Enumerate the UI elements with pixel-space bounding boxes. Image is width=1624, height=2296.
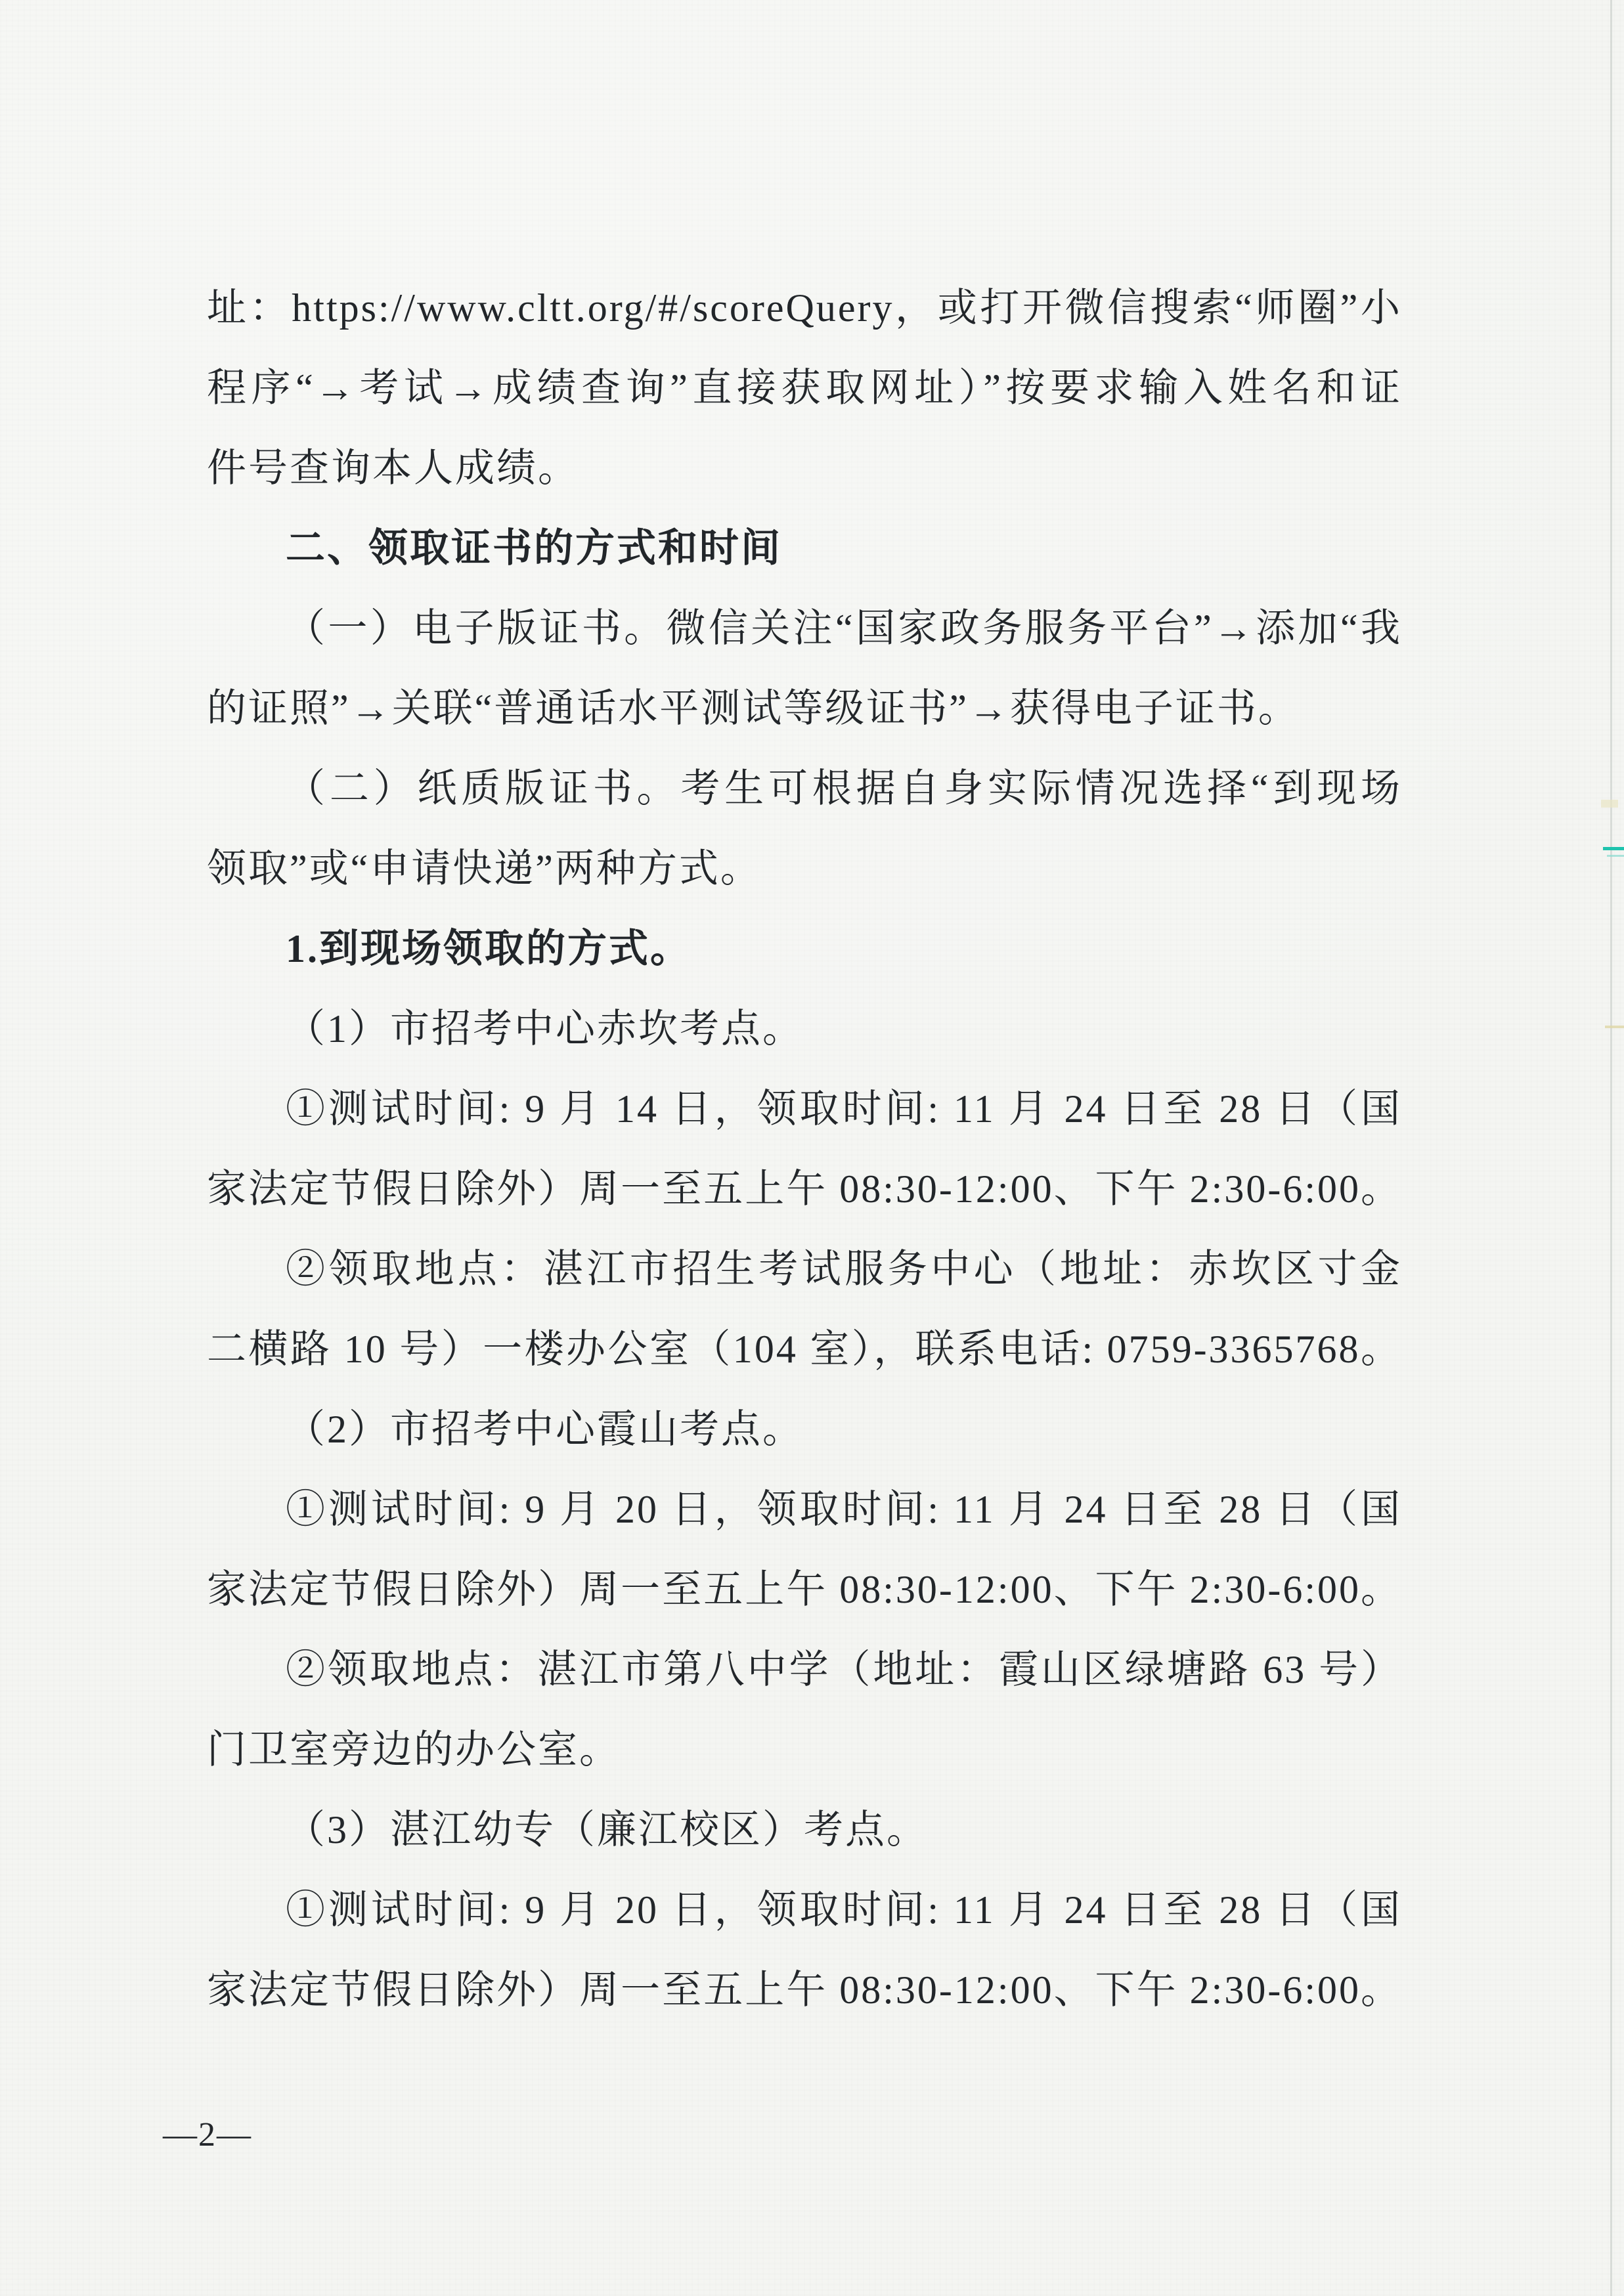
text-line: 家法定节假日除外）周一至五上午 08:30-12:00、下午 2:30-6:00… bbox=[207, 1950, 1402, 2030]
document-body: 址：https://www.cltt.org/#/scoreQuery，或打开微… bbox=[207, 268, 1402, 2041]
text-line: （2）市招考中心霞山考点。 bbox=[207, 1389, 1402, 1469]
text-line: 二横路 10 号）一楼办公室（104 室），联系电话: 0759-3365768… bbox=[207, 1309, 1402, 1389]
text-line: 家法定节假日除外）周一至五上午 08:30-12:00、下午 2:30-6:00… bbox=[207, 1149, 1402, 1229]
text-line: 家法定节假日除外）周一至五上午 08:30-12:00、下午 2:30-6:00… bbox=[207, 1549, 1402, 1630]
text-line: （二）纸质版证书。考生可根据自身实际情况选择“到现场 bbox=[207, 748, 1402, 829]
scan-tick-artifact bbox=[1601, 800, 1618, 808]
text-line: 件号查询本人成绩。 bbox=[207, 428, 1402, 508]
scanned-document-page: 址：https://www.cltt.org/#/scoreQuery，或打开微… bbox=[0, 0, 1624, 2296]
text-line: 门卫室旁边的办公室。 bbox=[207, 1710, 1402, 1790]
text-line: ②领取地点：湛江市第八中学（地址：霞山区绿塘路 63 号） bbox=[207, 1630, 1402, 1710]
text-line: （1）市招考中心赤坎考点。 bbox=[207, 989, 1402, 1069]
text-line: 二、领取证书的方式和时间 bbox=[207, 508, 1402, 588]
scan-tick-artifact bbox=[1607, 855, 1624, 857]
scan-tick-artifact bbox=[1605, 1026, 1624, 1028]
text-line: 址：https://www.cltt.org/#/scoreQuery，或打开微… bbox=[207, 268, 1402, 348]
text-line: ①测试时间: 9 月 20 日，领取时间: 11 月 24 日至 28 日（国 bbox=[207, 1469, 1402, 1549]
scan-edge-line-artifact bbox=[1610, 0, 1612, 2296]
scan-tick-artifact bbox=[1603, 847, 1624, 850]
text-line: 1.到现场领取的方式。 bbox=[207, 909, 1402, 989]
text-line: 的证照”→关联“普通话水平测试等级证书”→获得电子证书。 bbox=[207, 668, 1402, 748]
text-line: 程序“→考试→成绩查询”直接获取网址）”按要求输入姓名和证 bbox=[207, 348, 1402, 428]
text-line: （一）电子版证书。微信关注“国家政务服务平台”→添加“我 bbox=[207, 588, 1402, 668]
text-line: ①测试时间: 9 月 20 日，领取时间: 11 月 24 日至 28 日（国 bbox=[207, 1870, 1402, 1950]
text-line: ①测试时间: 9 月 14 日，领取时间: 11 月 24 日至 28 日（国 bbox=[207, 1069, 1402, 1149]
text-line: ②领取地点：湛江市招生考试服务中心（地址：赤坎区寸金 bbox=[207, 1229, 1402, 1309]
text-line: （3）湛江幼专（廉江校区）考点。 bbox=[207, 1790, 1402, 1870]
page-number: —2— bbox=[163, 2115, 252, 2155]
text-line: 领取”或“申请快递”两种方式。 bbox=[207, 829, 1402, 909]
